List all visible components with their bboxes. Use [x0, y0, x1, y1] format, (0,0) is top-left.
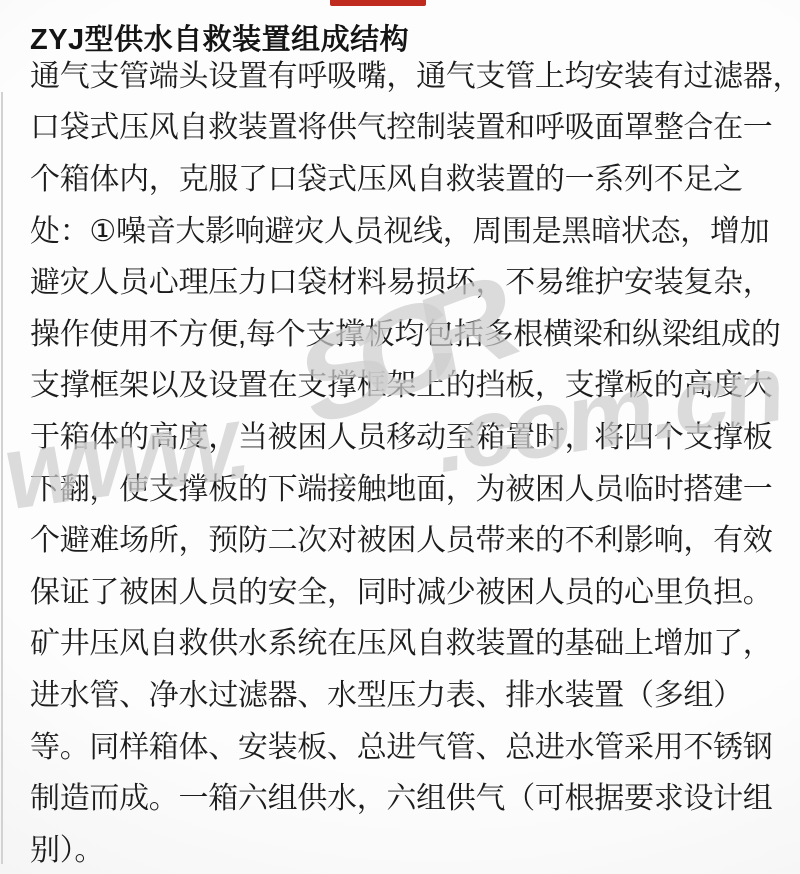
paragraph-line: 保证了被困人员的安全，同时减少被困人员的心里负担。: [30, 563, 790, 615]
paragraph-line: 矿井压风自救供水系统在压风自救装置的基础上增加了，: [30, 615, 790, 667]
paragraph-line: 于箱体的高度，当被困人员移动至箱置时，将四个支撑板: [30, 408, 790, 460]
paragraph-line: 下翻，使支撑板的下端接触地面，为被困人员临时搭建一: [30, 460, 790, 512]
paragraph-line: 操作使用不方便,每个支撑板均包括多根横梁和纵梁组成的: [30, 305, 790, 357]
paragraph-line: 处：①噪音大影响避灾人员视线，周围是黑暗状态，增加: [30, 202, 790, 254]
paragraph-line: 通气支管端头设置有呼吸嘴，通气支管上均安装有过滤器，: [30, 47, 790, 99]
red-annotation-mark: [330, 0, 426, 6]
paragraph-line: 支撑框架以及设置在支撑框架上的挡板，支撑板的高度大: [30, 357, 790, 409]
paragraph-line: 个箱体内，克服了口袋式压风自救装置的一系列不足之: [30, 150, 790, 202]
paragraph-line: 制造而成。一箱六组供水，六组供气（可根据要求设计组: [30, 769, 790, 821]
paragraph-line: 别）。: [30, 821, 790, 873]
paragraph-line: 避灾人员心理压力口袋材料易损坏，不易维护安装复杂，: [30, 253, 790, 305]
left-edge-scan-line: [1, 92, 3, 864]
paragraph-line: 个避难场所，预防二次对被困人员带来的不利影响，有效: [30, 511, 790, 563]
paragraph-line: 进水管、净水过滤器、水型压力表、排水装置（多组）: [30, 666, 790, 718]
paragraph-line: 等。同样箱体、安装板、总进气管、总进水管采用不锈钢: [30, 718, 790, 770]
document-body: 通气支管端头设置有呼吸嘴，通气支管上均安装有过滤器， 口袋式压风自救装置将供气控…: [30, 47, 790, 873]
paragraph-line: 口袋式压风自救装置将供气控制装置和呼吸面罩整合在一: [30, 99, 790, 151]
